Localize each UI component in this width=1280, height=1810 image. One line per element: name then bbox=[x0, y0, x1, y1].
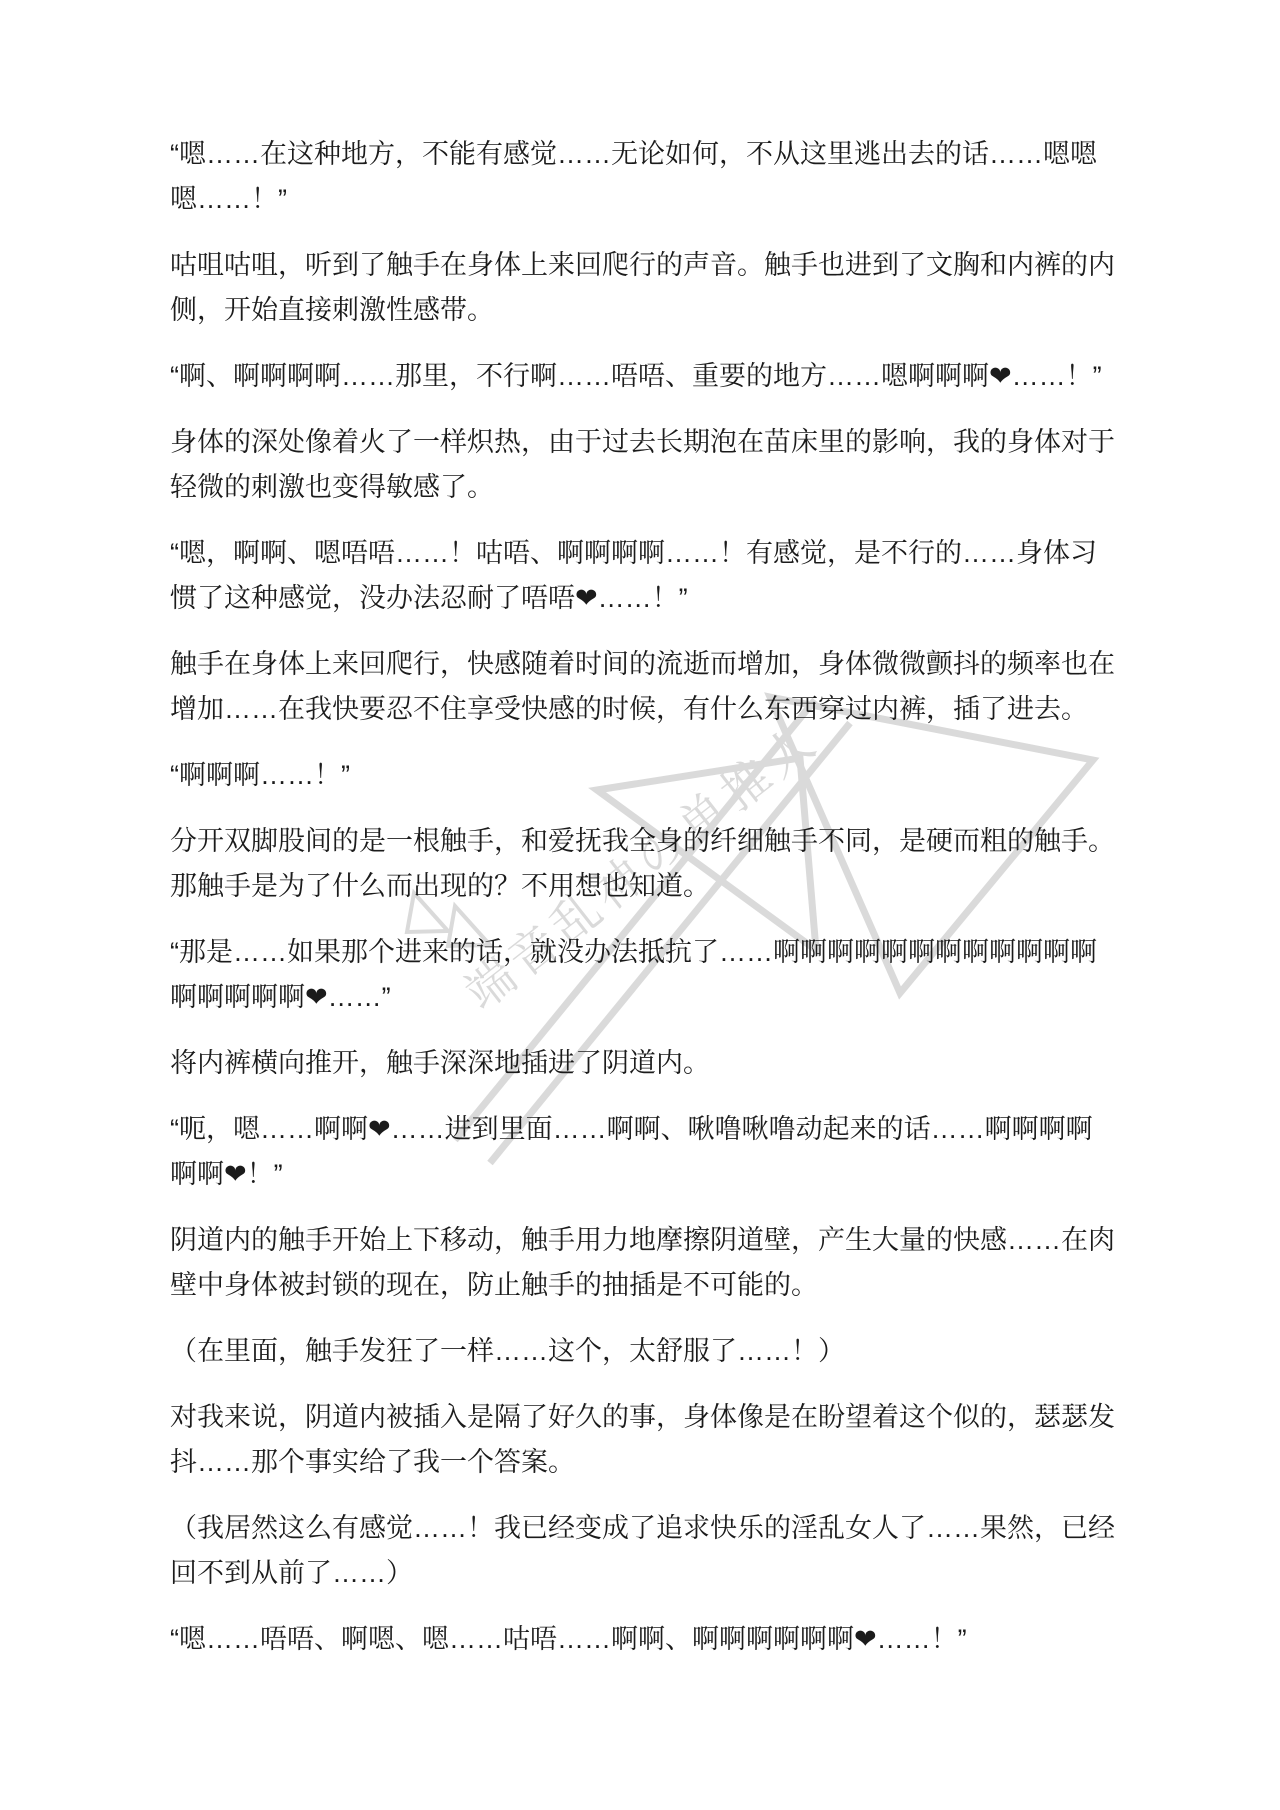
text-line: 触手在身体上来回爬行，快感随着时间的流逝而增加，身体微微颤抖的频率也在 bbox=[170, 642, 1145, 687]
text-line: 侧，开始直接刺激性感带。 bbox=[170, 288, 1145, 333]
text-line: 将内裤横向推开，触手深深地插进了阴道内。 bbox=[170, 1041, 1145, 1086]
text-line: 壁中身体被封锁的现在，防止触手的抽插是不可能的。 bbox=[170, 1263, 1145, 1308]
text-line: “那是……如果那个进来的话，就没办法抵抗了……啊啊啊啊啊啊啊啊啊啊啊啊 bbox=[170, 930, 1145, 975]
text-line: 回不到从前了……） bbox=[170, 1551, 1145, 1596]
text-line: “啊啊啊……！” bbox=[170, 753, 1145, 798]
paragraph: “啊啊啊……！” bbox=[170, 753, 1145, 798]
text-line: 轻微的刺激也变得敏感了。 bbox=[170, 465, 1145, 510]
text-line: 增加……在我快要忍不住享受快感的时候，有什么东西穿过内裤，插了进去。 bbox=[170, 687, 1145, 732]
paragraph: 分开双脚股间的是一根触手，和爱抚我全身的纤细触手不同，是硬而粗的触手。 那触手是… bbox=[170, 819, 1145, 909]
text-line: （我居然这么有感觉……！我已经变成了追求快乐的淫乱女人了……果然，已经 bbox=[170, 1506, 1145, 1551]
text-line: 咕咀咕咀，听到了触手在身体上来回爬行的声音。触手也进到了文胸和内裤的内 bbox=[170, 243, 1145, 288]
document-body: “嗯……在这种地方，不能有感觉……无论如何，不从这里逃出去的话……嗯嗯 嗯……！… bbox=[170, 132, 1145, 1683]
text-line: 对我来说，阴道内被插入是隔了好久的事，身体像是在盼望着这个似的，瑟瑟发 bbox=[170, 1395, 1145, 1440]
paragraph: “啊、啊啊啊啊……那里，不行啊……唔唔、重要的地方……嗯啊啊啊❤……！” bbox=[170, 354, 1145, 399]
paragraph: “嗯……唔唔、啊嗯、嗯……咕唔……啊啊、啊啊啊啊啊啊❤……！” bbox=[170, 1617, 1145, 1662]
paragraph: “嗯……在这种地方，不能有感觉……无论如何，不从这里逃出去的话……嗯嗯 嗯……！… bbox=[170, 132, 1145, 222]
text-line: 身体的深处像着火了一样炽热，由于过去长期泡在苗床里的影响，我的身体对于 bbox=[170, 420, 1145, 465]
paragraph: （在里面，触手发狂了一样……这个，太舒服了……！） bbox=[170, 1329, 1145, 1374]
text-line: 阴道内的触手开始上下移动，触手用力地摩擦阴道壁，产生大量的快感……在肉 bbox=[170, 1218, 1145, 1263]
text-line: 分开双脚股间的是一根触手，和爱抚我全身的纤细触手不同，是硬而粗的触手。 bbox=[170, 819, 1145, 864]
text-line: “嗯……唔唔、啊嗯、嗯……咕唔……啊啊、啊啊啊啊啊啊❤……！” bbox=[170, 1617, 1145, 1662]
paragraph: 咕咀咕咀，听到了触手在身体上来回爬行的声音。触手也进到了文胸和内裤的内 侧，开始… bbox=[170, 243, 1145, 333]
paragraph: 触手在身体上来回爬行，快感随着时间的流逝而增加，身体微微颤抖的频率也在 增加……… bbox=[170, 642, 1145, 732]
paragraph: 对我来说，阴道内被插入是隔了好久的事，身体像是在盼望着这个似的，瑟瑟发 抖……那… bbox=[170, 1395, 1145, 1485]
paragraph: “嗯，啊啊、嗯唔唔……！咕唔、啊啊啊啊……！有感觉，是不行的……身体习 惯了这种… bbox=[170, 531, 1145, 621]
paragraph: “那是……如果那个进来的话，就没办法抵抗了……啊啊啊啊啊啊啊啊啊啊啊啊 啊啊啊啊… bbox=[170, 930, 1145, 1020]
paragraph: “呃，嗯……啊啊❤……进到里面……啊啊、啾噜啾噜动起来的话……啊啊啊啊 啊啊❤！… bbox=[170, 1107, 1145, 1197]
text-line: 那触手是为了什么而出现的？不用想也知道。 bbox=[170, 864, 1145, 909]
text-line: “嗯，啊啊、嗯唔唔……！咕唔、啊啊啊啊……！有感觉，是不行的……身体习 bbox=[170, 531, 1145, 576]
text-line: （在里面，触手发狂了一样……这个，太舒服了……！） bbox=[170, 1329, 1145, 1374]
paragraph: 身体的深处像着火了一样炽热，由于过去长期泡在苗床里的影响，我的身体对于 轻微的刺… bbox=[170, 420, 1145, 510]
text-line: 嗯……！” bbox=[170, 177, 1145, 222]
text-line: 啊啊啊啊啊❤……” bbox=[170, 975, 1145, 1020]
paragraph: 将内裤横向推开，触手深深地插进了阴道内。 bbox=[170, 1041, 1145, 1086]
text-line: 抖……那个事实给了我一个答案。 bbox=[170, 1440, 1145, 1485]
text-line: 惯了这种感觉，没办法忍耐了唔唔❤……！” bbox=[170, 576, 1145, 621]
text-line: 啊啊❤！” bbox=[170, 1152, 1145, 1197]
text-line: “啊、啊啊啊啊……那里，不行啊……唔唔、重要的地方……嗯啊啊啊❤……！” bbox=[170, 354, 1145, 399]
paragraph: （我居然这么有感觉……！我已经变成了追求快乐的淫乱女人了……果然，已经 回不到从… bbox=[170, 1506, 1145, 1596]
text-line: “嗯……在这种地方，不能有感觉……无论如何，不从这里逃出去的话……嗯嗯 bbox=[170, 132, 1145, 177]
paragraph: 阴道内的触手开始上下移动，触手用力地摩擦阴道壁，产生大量的快感……在肉 壁中身体… bbox=[170, 1218, 1145, 1308]
text-line: “呃，嗯……啊啊❤……进到里面……啊啊、啾噜啾噜动起来的话……啊啊啊啊 bbox=[170, 1107, 1145, 1152]
